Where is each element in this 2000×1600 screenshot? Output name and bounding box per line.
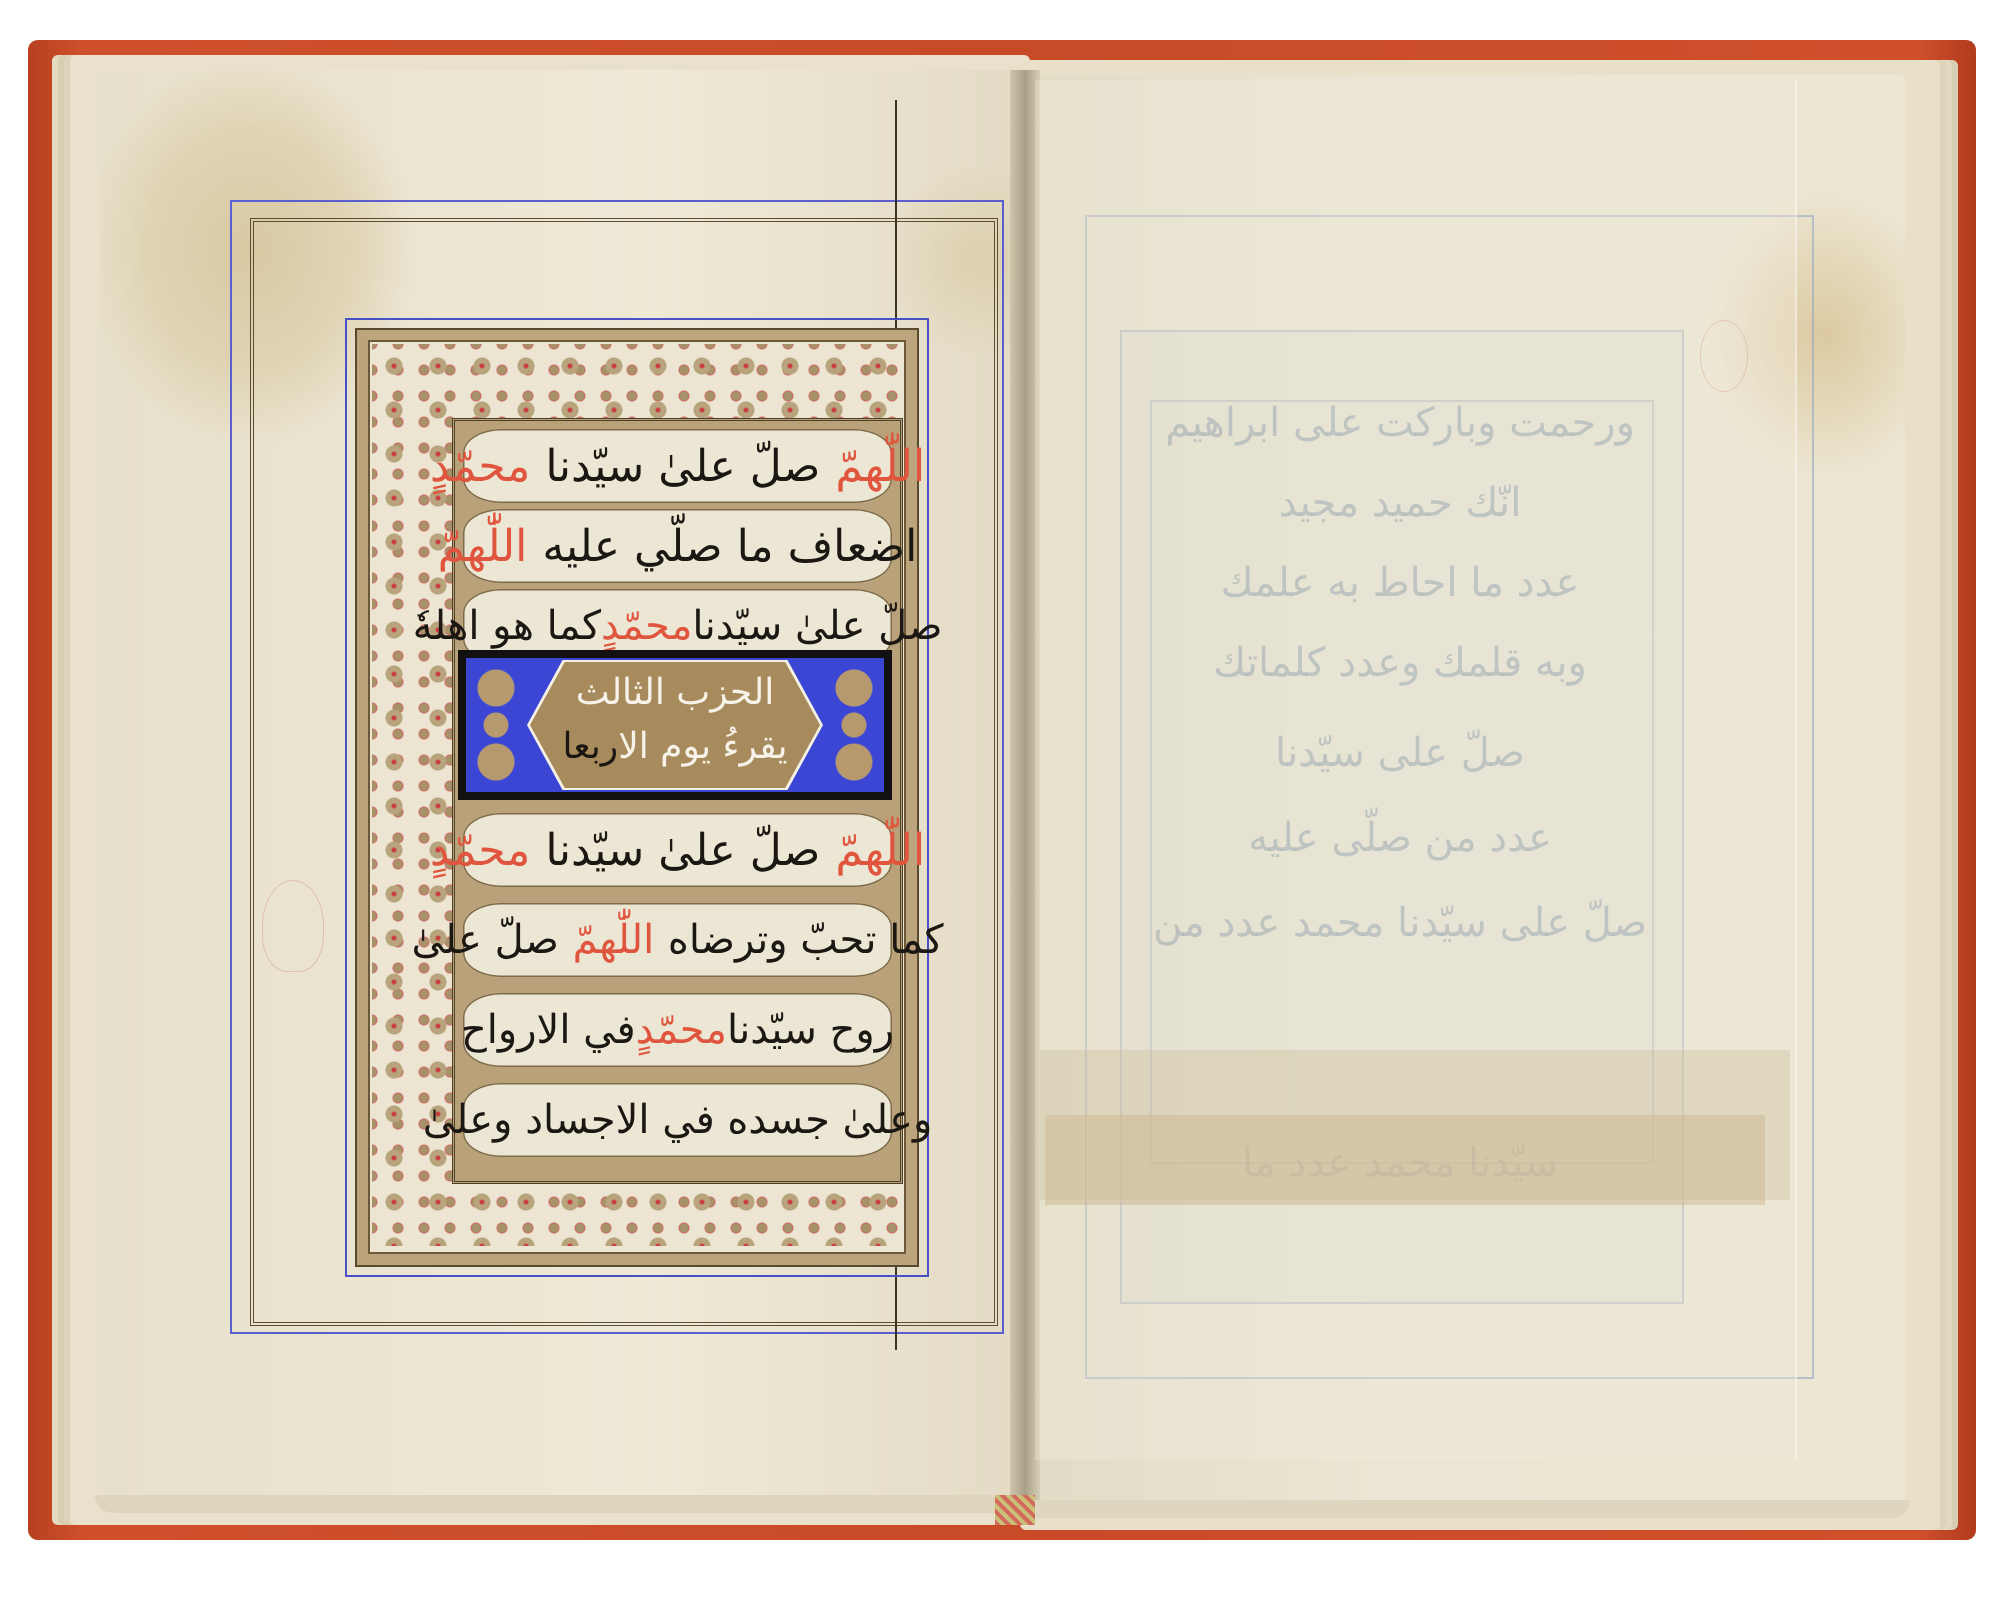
headband: [995, 1495, 1035, 1525]
rubric-word: محمّدٍ: [430, 825, 531, 876]
heading-white-text: يقرءُ يوم الا: [618, 726, 787, 767]
text-span: صلّ علىٰ سيّدنا: [545, 825, 820, 876]
heading-line-2: يقرءُ يوم الاربعا: [530, 726, 820, 767]
text-span: روح سيّدنا: [727, 1007, 894, 1053]
text-line-2: اضعاف ما صلّي عليه اللّٰهمّ: [463, 509, 892, 583]
text-span: صلّ علىٰ سيّدنا: [692, 603, 942, 649]
right-page-bottom-edge: [1030, 1500, 1910, 1518]
repair-tape-strip: [1045, 1115, 1765, 1205]
protective-tissue-sheet: [1035, 80, 1797, 1460]
faint-seal-stamp: [262, 880, 324, 972]
text-span: كما هو اهلهٗ: [413, 603, 601, 649]
text-span: كما تحبّ وترضاه: [668, 917, 944, 963]
text-span: وعلىٰ جسده في الاجساد وعلىٰ: [423, 1097, 933, 1143]
text-line-4: اللّٰهمّ صلّ علىٰ سيّدنا محمّدٍ: [463, 813, 892, 887]
text-panel: اللّٰهمّ صلّ علىٰ سيّدنا محمّدٍ اضعاف ما…: [452, 418, 903, 1184]
rubric-word: محمّدٍ: [636, 1007, 727, 1053]
rubric-word: اللّٰهمّ: [835, 441, 925, 492]
text-line-7: وعلىٰ جسده في الاجساد وعلىٰ: [463, 1083, 892, 1157]
rubric-word: اللّٰهمّ: [835, 825, 925, 876]
heading-line-1: الحزب الثالث: [530, 672, 820, 713]
text-span: اضعاف ما صلّي عليه: [542, 521, 917, 572]
text-span: صلّ علىٰ سيّدنا: [545, 441, 820, 492]
rubric-word: اللّٰهمّ: [438, 521, 528, 572]
text-line-6: روح سيّدنا محمّدٍ في الارواح: [463, 993, 892, 1067]
rubric-word: محمّدٍ: [601, 603, 692, 649]
text-line-1: اللّٰهمّ صلّ علىٰ سيّدنا محمّدٍ: [463, 429, 892, 503]
text-span: في الارواح: [461, 1007, 636, 1053]
rubric-word: اللّٰهمّ: [573, 917, 655, 963]
heading-black-text: ربعا: [562, 726, 618, 767]
rubric-word: محمّدٍ: [430, 441, 531, 492]
left-page-bottom-edge: [95, 1495, 1025, 1513]
text-span: صلّ علىٰ: [411, 917, 558, 963]
text-line-5: كما تحبّ وترضاه اللّٰهمّ صلّ علىٰ: [463, 903, 892, 977]
